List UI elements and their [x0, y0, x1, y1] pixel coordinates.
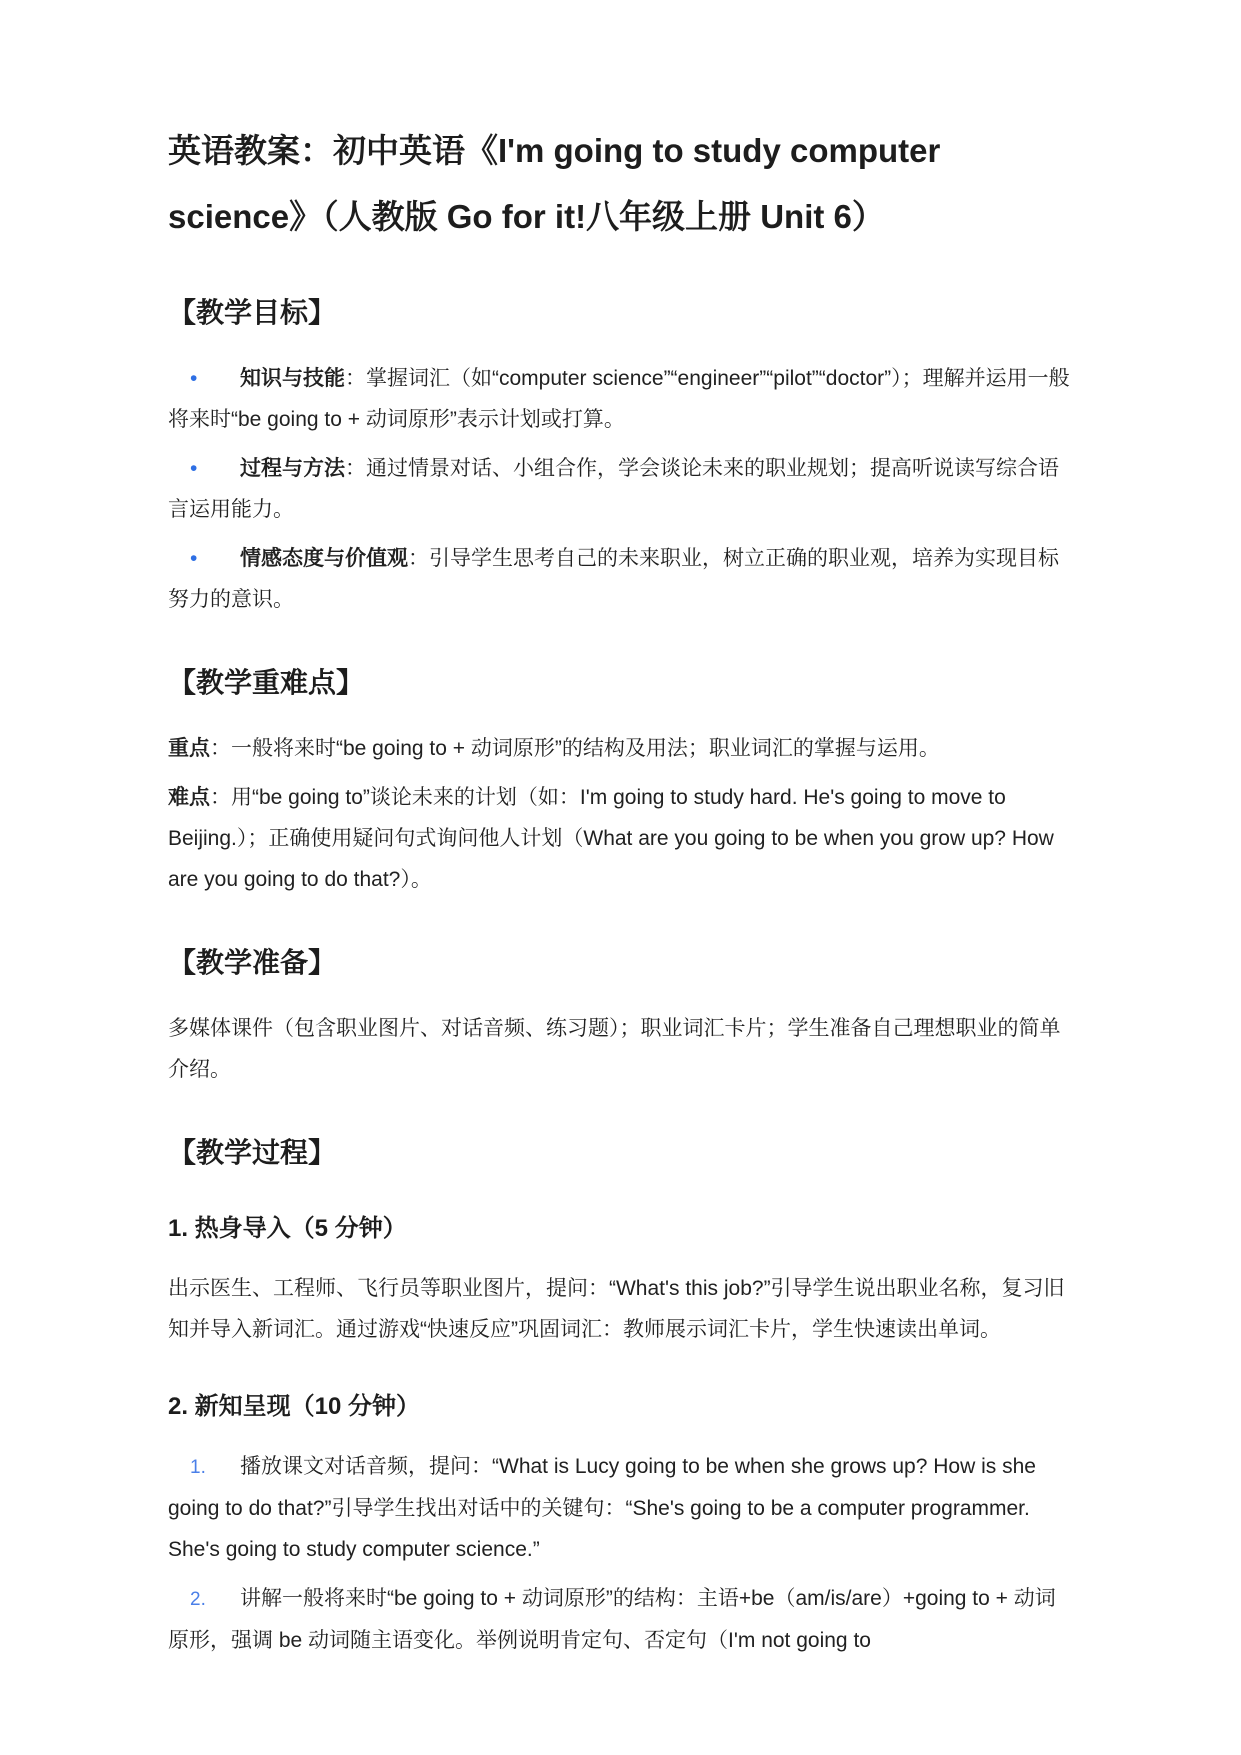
- section-heading-preparation: 【教学准备】: [168, 944, 1075, 982]
- objective-item-emotion: •情感态度与价值观：引导学生思考自己的未来职业，树立正确的职业观，培养为实现目标…: [168, 538, 1075, 620]
- key-point-lead: 重点: [168, 737, 210, 760]
- bullet-icon: •: [168, 448, 240, 489]
- objective-lead: 情感态度与价值观: [240, 547, 408, 570]
- presentation-item-text: 讲解一般将来时“be going to + 动词原形”的结构：主语+be（am/…: [168, 1587, 1056, 1652]
- list-number: 2.: [168, 1579, 240, 1620]
- warmup-text: 出示医生、工程师、飞行员等职业图片，提问：“What's this job?”引…: [168, 1268, 1075, 1350]
- preparation-text: 多媒体课件（包含职业图片、对话音频、练习题）；职业词汇卡片；学生准备自己理想职业…: [168, 1008, 1075, 1090]
- objective-lead: 过程与方法: [240, 457, 345, 480]
- difficult-point-item: 难点：用“be going to”谈论未来的计划（如：I'm going to …: [168, 777, 1075, 900]
- bullet-icon: •: [168, 538, 240, 579]
- presentation-item-text: 播放课文对话音频，提问：“What is Lucy going to be wh…: [168, 1455, 1036, 1561]
- step-heading-warmup: 1. 热身导入（5 分钟）: [168, 1212, 1075, 1246]
- section-heading-objectives: 【教学目标】: [168, 294, 1075, 332]
- section-heading-process: 【教学过程】: [168, 1134, 1075, 1172]
- document-title: 英语教案：初中英语《I'm going to study computer sc…: [168, 118, 1075, 250]
- presentation-item-2: 2.讲解一般将来时“be going to + 动词原形”的结构：主语+be（a…: [168, 1578, 1075, 1661]
- difficult-point-lead: 难点: [168, 786, 210, 809]
- key-point-item: 重点：一般将来时“be going to + 动词原形”的结构及用法；职业词汇的…: [168, 728, 1075, 769]
- key-point-text: ：一般将来时“be going to + 动词原形”的结构及用法；职业词汇的掌握…: [210, 737, 940, 760]
- section-heading-key-points: 【教学重难点】: [168, 664, 1075, 702]
- objective-lead: 知识与技能: [240, 367, 345, 390]
- difficult-point-text: ：用“be going to”谈论未来的计划（如：I'm going to st…: [168, 786, 1054, 891]
- list-number: 1.: [168, 1447, 240, 1488]
- presentation-item-1: 1.播放课文对话音频，提问：“What is Lucy going to be …: [168, 1446, 1075, 1570]
- bullet-icon: •: [168, 358, 240, 399]
- objective-item-process: •过程与方法：通过情景对话、小组合作，学会谈论未来的职业规划；提高听说读写综合语…: [168, 448, 1075, 530]
- objective-item-knowledge: •知识与技能：掌握词汇（如“computer science”“engineer…: [168, 358, 1075, 440]
- document-page: 英语教案：初中英语《I'm going to study computer sc…: [0, 0, 1241, 1755]
- step-heading-presentation: 2. 新知呈现（10 分钟）: [168, 1390, 1075, 1424]
